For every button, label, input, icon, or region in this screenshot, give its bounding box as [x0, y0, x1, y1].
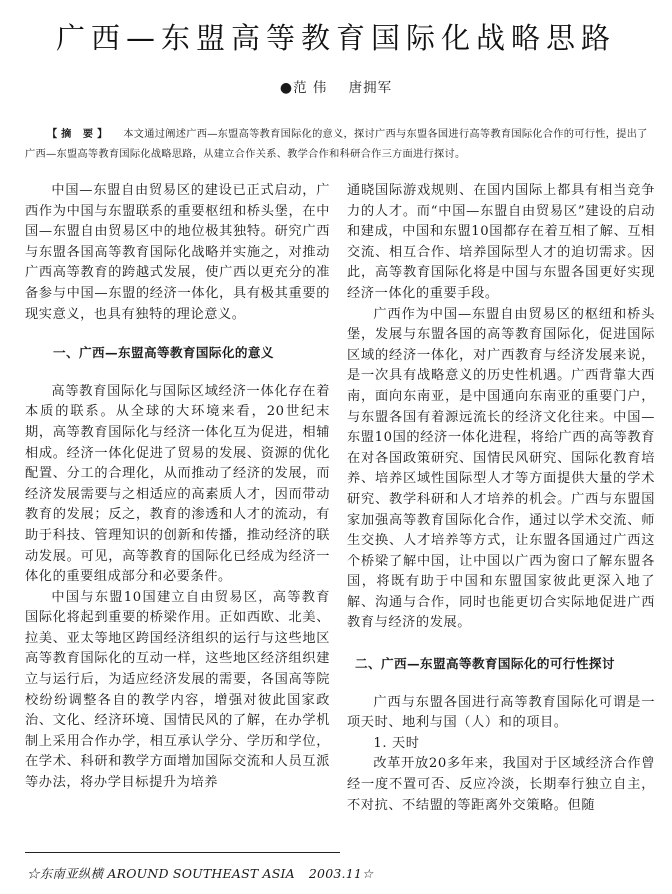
intro-paragraph: 中国—东盟自由贸易区的建设已正式启动，广西作为中国与东盟联系的重要枢纽和桥头堡，… — [25, 181, 330, 325]
author-line: ●范 伟 唐拥军 — [0, 76, 672, 96]
footer-rule — [25, 852, 340, 853]
continuation-paragraph: 通晓国际游戏规则、在国内国际上都具有相当竞争力的人才。而“中国—东盟自由贸易区”… — [347, 181, 655, 305]
page-footer: ☆东南亚纵横 AROUND SOUTHEAST ASIA2003.11☆ — [27, 864, 373, 882]
abstract: 【摘 要】本文通过阐述广西—东盟高等教育国际化的意义，探讨广西与东盟各国进行高等… — [25, 124, 655, 165]
subsection-heading-1: 1. 天时 — [347, 734, 655, 755]
author-1: 范 伟 — [293, 80, 327, 96]
abstract-label: 【摘 要】 — [47, 128, 111, 140]
article-title: 广西—东盟高等教育国际化战略思路 — [0, 16, 672, 57]
author-2: 唐拥军 — [349, 80, 393, 96]
journal-name: ☆东南亚纵横 AROUND SOUTHEAST ASIA — [27, 866, 295, 881]
subsection1-paragraph-1: 改革开放20多年来，我国对于区域经济合作曾经一度不置可否、反应冷淡，长期奉行独立… — [347, 754, 655, 816]
journal-issue: 2003.11☆ — [309, 866, 374, 881]
right-column: 通晓国际游戏规则、在国内国际上都具有相当竞争力的人才。而“中国—东盟自由贸易区”… — [347, 181, 655, 816]
left-column: 中国—东盟自由贸易区的建设已正式启动，广西作为中国与东盟联系的重要枢纽和桥头堡，… — [25, 181, 330, 794]
section-heading-1: 一、广西—东盟高等教育国际化的意义 — [25, 343, 330, 364]
section1-paragraph-1: 高等教育国际化与国际区域经济一体化存在着本质的联系。从全球的大环境来看，20世纪… — [25, 382, 330, 588]
abstract-text: 本文通过阐述广西—东盟高等教育国际化的意义，探讨广西与东盟各国进行高等教育国际化… — [25, 129, 648, 160]
bullet-icon: ● — [280, 80, 293, 96]
section1-paragraph-3: 广西作为中国—东盟自由贸易区的枢纽和桥头堡，发展与东盟各国的高等教育国际化，促进… — [347, 305, 655, 635]
section-heading-2: 二、广西—东盟高等教育国际化的可行性探讨 — [347, 654, 655, 675]
section2-paragraph-1: 广西与东盟各国进行高等教育国际化可谓是一项天时、地利与国（人）和的项目。 — [347, 693, 655, 734]
section1-paragraph-2: 中国与东盟10国建立自由贸易区，高等教育国际化将起到重要的桥梁作用。正如西欧、北… — [25, 588, 330, 794]
